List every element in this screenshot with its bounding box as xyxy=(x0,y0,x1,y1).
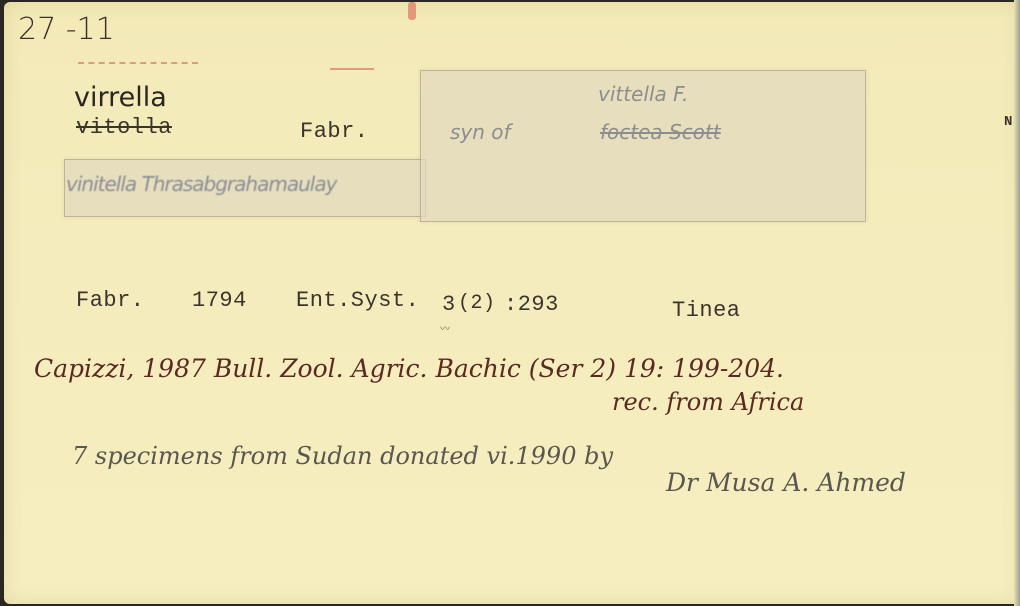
citation-journal: Ent.Syst. xyxy=(296,288,419,313)
author-abbrev: Fabr. xyxy=(300,119,369,144)
red-dash-mark xyxy=(330,68,374,70)
note-line-1: Capizzi, 1987 Bull. Zool. Agric. Bachic … xyxy=(34,354,784,383)
red-pin-mark xyxy=(408,2,416,20)
citation-volume: 3 xyxy=(442,292,456,317)
red-dash-mark xyxy=(78,62,198,64)
citation-page: :293 xyxy=(504,292,559,317)
species-name-original: vitolla xyxy=(76,115,172,140)
index-card: 27 -11 virrella vitolla Fabr. vinitella … xyxy=(4,2,1020,604)
citation-year: 1794 xyxy=(192,288,247,313)
citation-part: (2) xyxy=(458,292,496,315)
note-line-3: 7 specimens from Sudan donated vi.1990 b… xyxy=(72,442,613,470)
catalog-number: 27 -11 xyxy=(18,12,115,47)
obscured-name-strip: vinitella Thrasabgrahamaulay xyxy=(66,172,336,196)
citation-author: Fabr. xyxy=(76,288,145,313)
tape-label-struck-name: foctea Scott xyxy=(600,120,721,144)
citation-genus: Tinea xyxy=(672,298,741,323)
species-name-corrected: virrella xyxy=(74,82,167,113)
tape-label-line1: vittella F. xyxy=(598,82,688,106)
note-line-4: Dr Musa A. Ahmed xyxy=(666,468,906,497)
side-mark: N xyxy=(1004,114,1013,130)
tape-label-syn-prefix: syn of xyxy=(450,120,511,144)
note-line-2: rec. from Africa xyxy=(612,388,804,416)
wavy-underline-mark: 〰 xyxy=(440,320,450,335)
card-edge xyxy=(1014,0,1020,606)
